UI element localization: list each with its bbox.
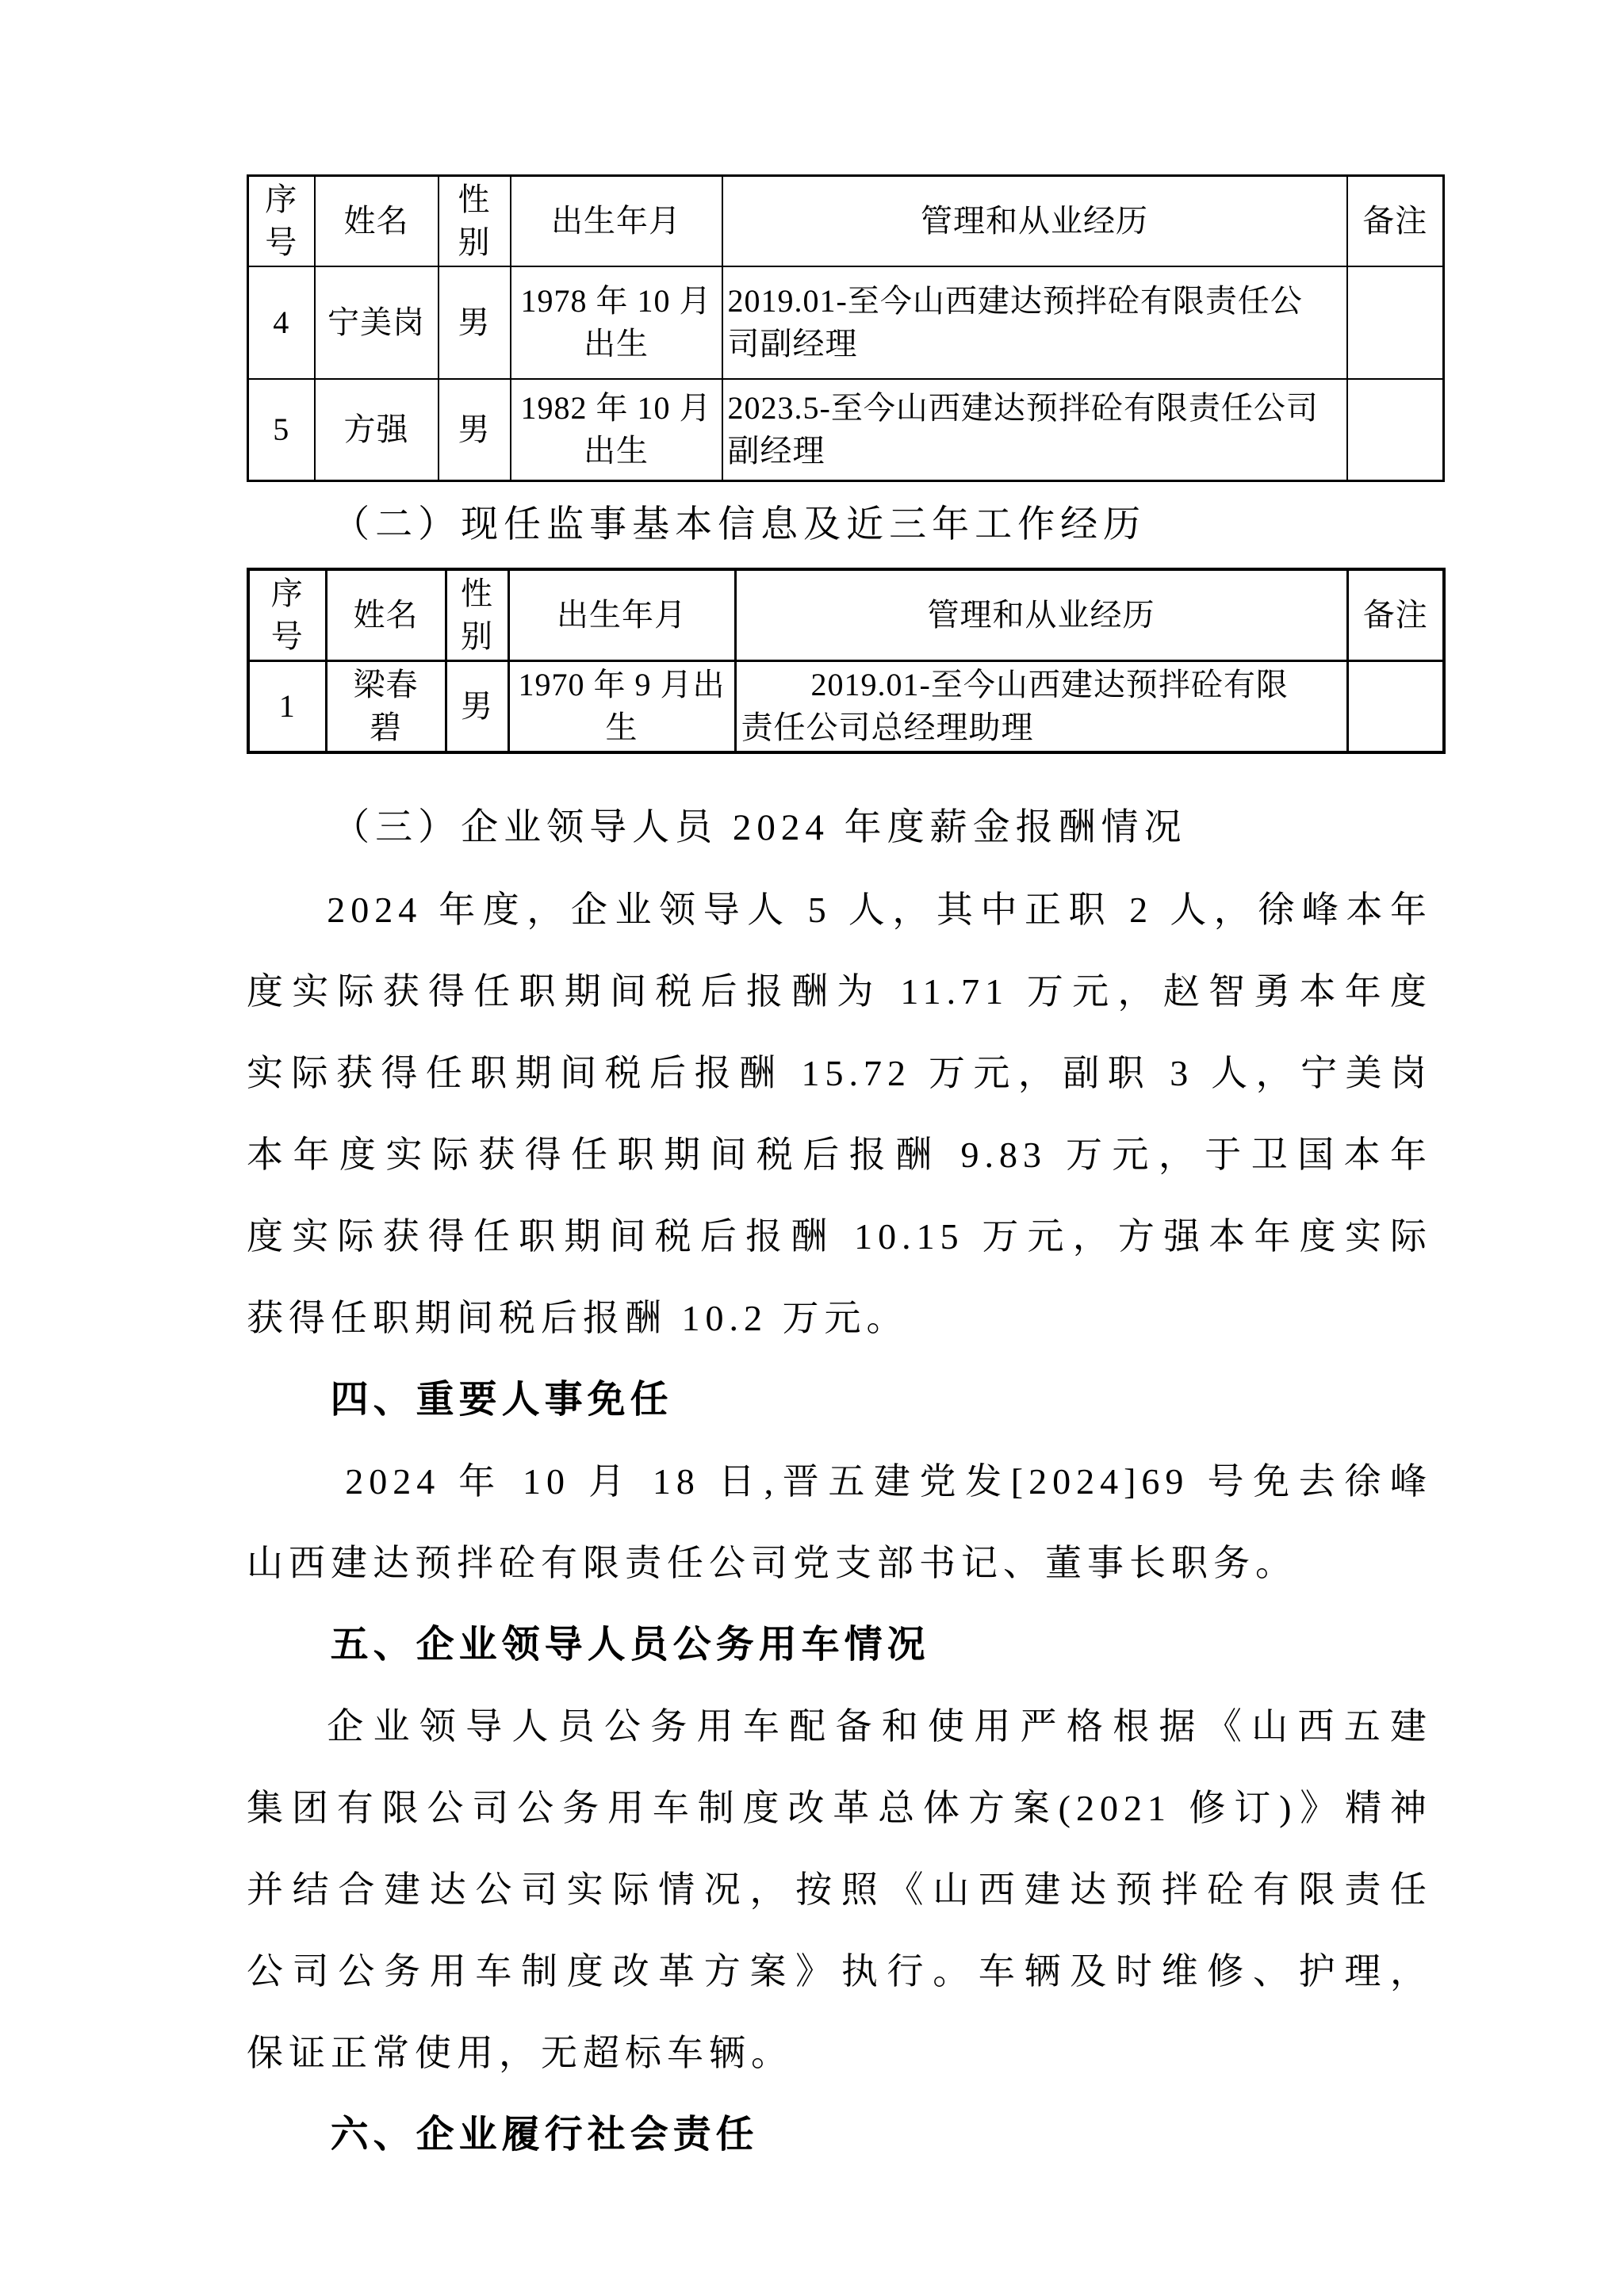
section-heading-supervisors: （二）现任监事基本信息及近三年工作经历 [247,482,1442,568]
birth-cell: 1978 年 10 月 出生 [511,266,722,379]
table-row: 5 方强 男 1982 年 10 月 出生 2023.5-至今山西建达预拌砼有限… [248,379,1444,480]
table-row: 1 梁春 碧 男 1970 年 9 月出 生 2019.01-至今山西建达预拌砼… [248,660,1444,752]
section-heading-social: 六、企业履行社会责任 [247,2094,1442,2175]
birth-line: 生 [515,706,730,749]
birth-line: 1970 年 9 月出 [515,664,730,706]
gender-cell: 男 [446,660,508,752]
gender-cell: 男 [439,379,511,480]
directors-table: 序 号 姓名 性别 出生年月 管理和从业经历 备注 4 宁美岗 男 1978 年… [247,174,1445,482]
gender-header-cell: 性别 [439,176,511,267]
experience-line: 司副经理 [728,323,1342,365]
seq-header-cell: 序 号 [248,569,326,661]
paragraph-line: 集团有限公司公务用车制度改革总体方案(2021 修订)》精神 [247,1767,1432,1849]
experience-line: 2019.01-至今山西建达预拌砼有限 [741,664,1342,706]
birth-line: 出生 [516,430,717,473]
supervisors-table: 序 号 姓名 性 别 出生年月 管理和从业经历 备注 1 梁春 碧 男 [247,568,1446,755]
paragraph-line: 企业领导人员公务用车配备和使用严格根据《山西五建 [247,1686,1432,1767]
birth-cell: 1970 年 9 月出 生 [508,660,735,752]
birth-header-cell: 出生年月 [511,176,722,267]
experience-line: 责任公司总经理助理 [741,706,1342,749]
vehicles-paragraph: 企业领导人员公务用车配备和使用严格根据《山西五建 集团有限公司公务用车制度改革总… [247,1686,1442,2094]
section-heading-salary: （三）企业领导人员 2024 年度薪金报酬情况 [247,787,1442,869]
seq-header-line: 序 [255,572,320,615]
supervisors-header-row: 序 号 姓名 性 别 出生年月 管理和从业经历 备注 [248,569,1444,661]
experience-cell: 2019.01-至今山西建达预拌砼有限 责任公司总经理助理 [735,660,1347,752]
note-header-cell: 备注 [1347,176,1444,267]
name-header-cell: 姓名 [315,176,439,267]
birth-line: 1982 年 10 月 [516,387,717,430]
birth-header-cell: 出生年月 [508,569,735,661]
dismissal-paragraph: 2024 年 10 月 18 日,晋五建党发[2024]69 号免去徐峰 山西建… [247,1441,1442,1604]
note-cell [1347,266,1444,379]
gender-header-line: 别 [452,615,503,658]
paragraph-line: 度实际获得任职期间税后报酬 10.15 万元，方强本年度实际 [247,1196,1432,1277]
seq-header-cell: 序 号 [248,176,315,267]
experience-header-cell: 管理和从业经历 [722,176,1347,267]
experience-cell: 2023.5-至今山西建达预拌砼有限责任公司 副经理 [722,379,1347,480]
name-line: 梁春 [332,664,440,706]
section-heading-dismissal: 四、重要人事免任 [247,1359,1442,1441]
section-heading-vehicles: 五、企业领导人员公务用车情况 [247,1604,1442,1686]
experience-cell: 2019.01-至今山西建达预拌砼有限责任公 司副经理 [722,266,1347,379]
gender-header-cell: 性 别 [446,569,508,661]
paragraph-line: 2024 年度，企业领导人 5 人，其中正职 2 人，徐峰本年 [247,869,1432,951]
paragraph-line: 并结合建达公司实际情况，按照《山西建达预拌砼有限责任 [247,1849,1432,1931]
table-row: 4 宁美岗 男 1978 年 10 月 出生 2019.01-至今山西建达预拌砼… [248,266,1444,379]
paragraph-line: 2024 年 10 月 18 日,晋五建党发[2024]69 号免去徐峰 [247,1441,1432,1522]
paragraph-line: 山西建达预拌砼有限责任公司党支部书记、董事长职务。 [247,1522,1432,1604]
paragraph-line: 公司公务用车制度改革方案》执行。车辆及时维修、护理， [247,1931,1432,2012]
experience-header-cell: 管理和从业经历 [735,569,1347,661]
experience-line: 2023.5-至今山西建达预拌砼有限责任公司 [728,387,1342,430]
seq-header-line: 号 [254,221,309,264]
paragraph-line: 获得任职期间税后报酬 10.2 万元。 [247,1277,1432,1359]
paragraph-line: 本年度实际获得任职期间税后报酬 9.83 万元，于卫国本年 [247,1114,1432,1196]
birth-cell: 1982 年 10 月 出生 [511,379,722,480]
seq-header-line: 号 [255,615,320,658]
birth-line: 1978 年 10 月 [516,280,717,323]
experience-line: 副经理 [728,430,1342,473]
note-cell [1347,660,1444,752]
name-cell: 梁春 碧 [326,660,446,752]
birth-line: 出生 [516,323,717,365]
gender-header-line: 性 [452,572,503,615]
experience-line: 2019.01-至今山西建达预拌砼有限责任公 [728,280,1342,323]
note-cell [1347,379,1444,480]
seq-header-line: 序 [254,178,309,221]
document-page: 序 号 姓名 性别 出生年月 管理和从业经历 备注 4 宁美岗 男 1978 年… [0,0,1624,2296]
seq-cell: 5 [248,379,315,480]
name-cell: 宁美岗 [315,266,439,379]
name-cell: 方强 [315,379,439,480]
seq-cell: 4 [248,266,315,379]
note-header-cell: 备注 [1347,569,1444,661]
directors-header-row: 序 号 姓名 性别 出生年月 管理和从业经历 备注 [248,176,1444,267]
paragraph-line: 实际获得任职期间税后报酬 15.72 万元，副职 3 人，宁美岗 [247,1032,1432,1114]
salary-paragraph: 2024 年度，企业领导人 5 人，其中正职 2 人，徐峰本年 度实际获得任职期… [247,869,1442,1359]
paragraph-line: 度实际获得任职期间税后报酬为 11.71 万元，赵智勇本年度 [247,951,1432,1032]
gender-cell: 男 [439,266,511,379]
name-header-cell: 姓名 [326,569,446,661]
seq-cell: 1 [248,660,326,752]
paragraph-line: 保证正常使用，无超标车辆。 [247,2012,1432,2094]
name-line: 碧 [332,706,440,749]
